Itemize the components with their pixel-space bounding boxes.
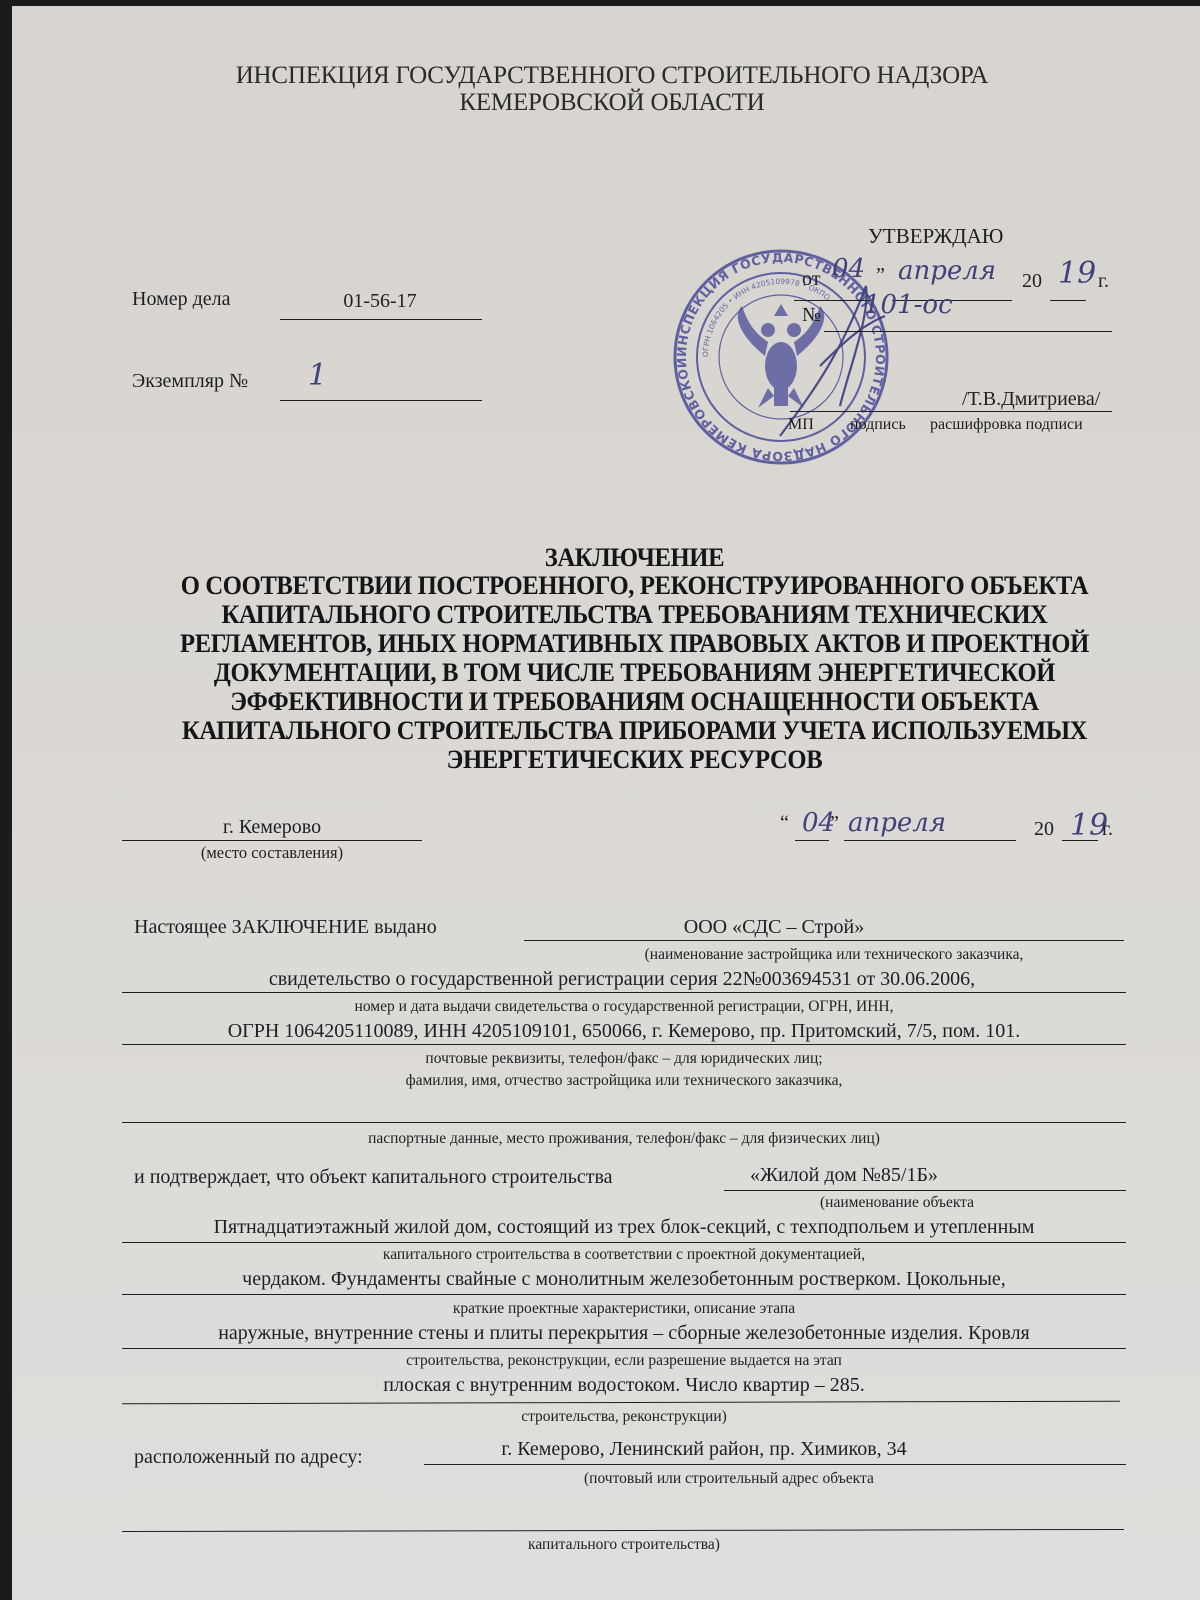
approval-number-label: № [802,304,821,327]
date-year-prefix: 20 [1034,818,1054,841]
approval-month: апреля [898,256,996,286]
address-label: расположенный по адресу: [134,1446,363,1469]
issued-to-value: ООО «СДС – Строй» [524,916,1024,939]
date-month-underline [844,840,1016,841]
object-name-underline [724,1190,1126,1191]
registration-underline [122,992,1126,993]
issued-label: Настоящее ЗАКЛЮЧЕНИЕ выдано [134,916,437,939]
org-name-line1: ИНСПЕКЦИЯ ГОСУДАРСТВЕННОГО СТРОИТЕЛЬНОГО… [12,62,1200,90]
approval-quote: ” [876,264,885,287]
address-value: г. Кемерово, Ленинский район, пр. Химико… [424,1438,984,1461]
hint-address: (почтовый или строительный адрес объекта [584,1470,1104,1488]
signature-label: подпись [850,416,906,434]
copy-number-underline [280,400,482,401]
document-title-line: О СООТВЕТСТВИИ ПОСТРОЕННОГО, РЕКОНСТРУИР… [56,570,1200,601]
document-title-line: КАПИТАЛЬНОГО СТРОИТЕЛЬСТВА ТРЕБОВАНИЯМ Т… [56,599,1200,630]
signer-name: /Т.В.Дмитриева/ [962,388,1100,411]
document-page: ИНСПЕКЦИЯ ГОСУДАРСТВЕННОГО СТРОИТЕЛЬНОГО… [12,6,1200,1600]
date-close-quote: ” [830,812,839,835]
description-line3: наружные, внутренние стены и плиты перек… [122,1322,1126,1345]
description-line2-underline [122,1294,1126,1295]
case-number-underline [280,319,482,320]
approval-day-underline [794,300,870,301]
confirms-label: и подтверждает, что объект капитального … [134,1166,613,1189]
description-line4-underline [122,1401,1120,1405]
document-title-line: КАПИТАЛЬНОГО СТРОИТЕЛЬСТВА ПРИБОРАМИ УЧЕ… [56,715,1200,746]
approval-number: 101-ос [864,290,953,320]
approval-number-underline [824,331,1112,332]
description-line1: Пятнадцатиэтажный жилой дом, состоящий и… [122,1216,1126,1239]
approval-from-label: от [802,268,820,291]
case-number-label: Номер дела [132,288,231,311]
document-title-line: ЭФФЕКТИВНОСТИ И ТРЕБОВАНИЯМ ОСНАЩЕННОСТИ… [56,686,1200,717]
address-underline [424,1464,1126,1465]
copy-number-label: Экземпляр № [132,370,248,393]
object-name-value: «Жилой дом №85/1Б» [724,1164,964,1187]
document-title-line: ЭНЕРГЕТИЧЕСКИХ РЕСУРСОВ [56,744,1200,775]
hint-person-name: фамилия, имя, отчество застройщика или т… [122,1072,1126,1090]
requisites-value: ОГРН 1064205110089, ИНН 4205109101, 6500… [122,1020,1126,1043]
date-day-underline [795,840,829,841]
hint-registration: номер и дата выдачи свидетельства о госу… [122,998,1126,1016]
org-name-line2: КЕМЕРОВСКОЙ ОБЛАСТИ [12,89,1200,117]
hint-legal-entities: почтовые реквизиты, телефон/факс – для ю… [122,1050,1126,1068]
hint-characteristics: краткие проектные характеристики, описан… [122,1300,1126,1318]
issued-to-underline [524,940,1124,941]
hint-developer-name: (наименование застройщика или техническо… [554,946,1114,964]
document-title-line: ДОКУМЕНТАЦИИ, В ТОМ ЧИСЛЕ ТРЕБОВАНИЯМ ЭН… [56,657,1200,688]
place-hint: (место составления) [122,843,422,863]
copy-number-value: 1 [308,358,327,393]
date-month: апреля [848,808,946,838]
description-line4: плоская с внутренним водостоком. Число к… [122,1374,1126,1397]
hint-stage: строительства, реконструкции, если разре… [122,1352,1126,1370]
hint-object-name: (наименование объекта [820,1194,1120,1212]
approval-year: 19 [1058,256,1096,291]
signature-underline [790,411,1112,412]
address-line2-underline [122,1529,1124,1532]
date-open-quote: “ [780,812,789,835]
date-year-suffix: г. [1102,818,1113,841]
approval-year-underline [1050,300,1086,301]
requisites-underline [122,1044,1126,1045]
approval-day: 04 [832,254,865,284]
registration-value: свидетельство о государственной регистра… [122,968,1122,991]
place-value: г. Кемерово [122,816,422,839]
date-year-underline [1062,840,1098,841]
mp-label: МП [788,416,814,434]
approval-year-suffix: г. [1098,270,1109,293]
document-heading: ЗАКЛЮЧЕНИЕ [56,542,1200,573]
document-title-line: РЕГЛАМЕНТОВ, ИНЫХ НОРМАТИВНЫХ ПРАВОВЫХ А… [56,628,1200,659]
description-line3-underline [122,1348,1126,1349]
description-line2: чердаком. Фундаменты свайные с монолитны… [122,1268,1126,1291]
hint-individuals: паспортные данные, место проживания, тел… [122,1130,1126,1148]
description-line1-underline [122,1242,1126,1243]
hint-reconstruction: строительства, реконструкции) [122,1408,1126,1426]
hint-capital-construction: капитального строительства) [122,1536,1126,1554]
hint-project-docs: капитального строительства в соответстви… [122,1246,1126,1264]
signature-decode-label: расшифровка подписи [930,416,1083,434]
place-underline [122,840,422,841]
person-underline [122,1122,1126,1123]
case-number-value: 01-56-17 [280,290,480,313]
approval-year-prefix: 20 [1022,270,1042,293]
